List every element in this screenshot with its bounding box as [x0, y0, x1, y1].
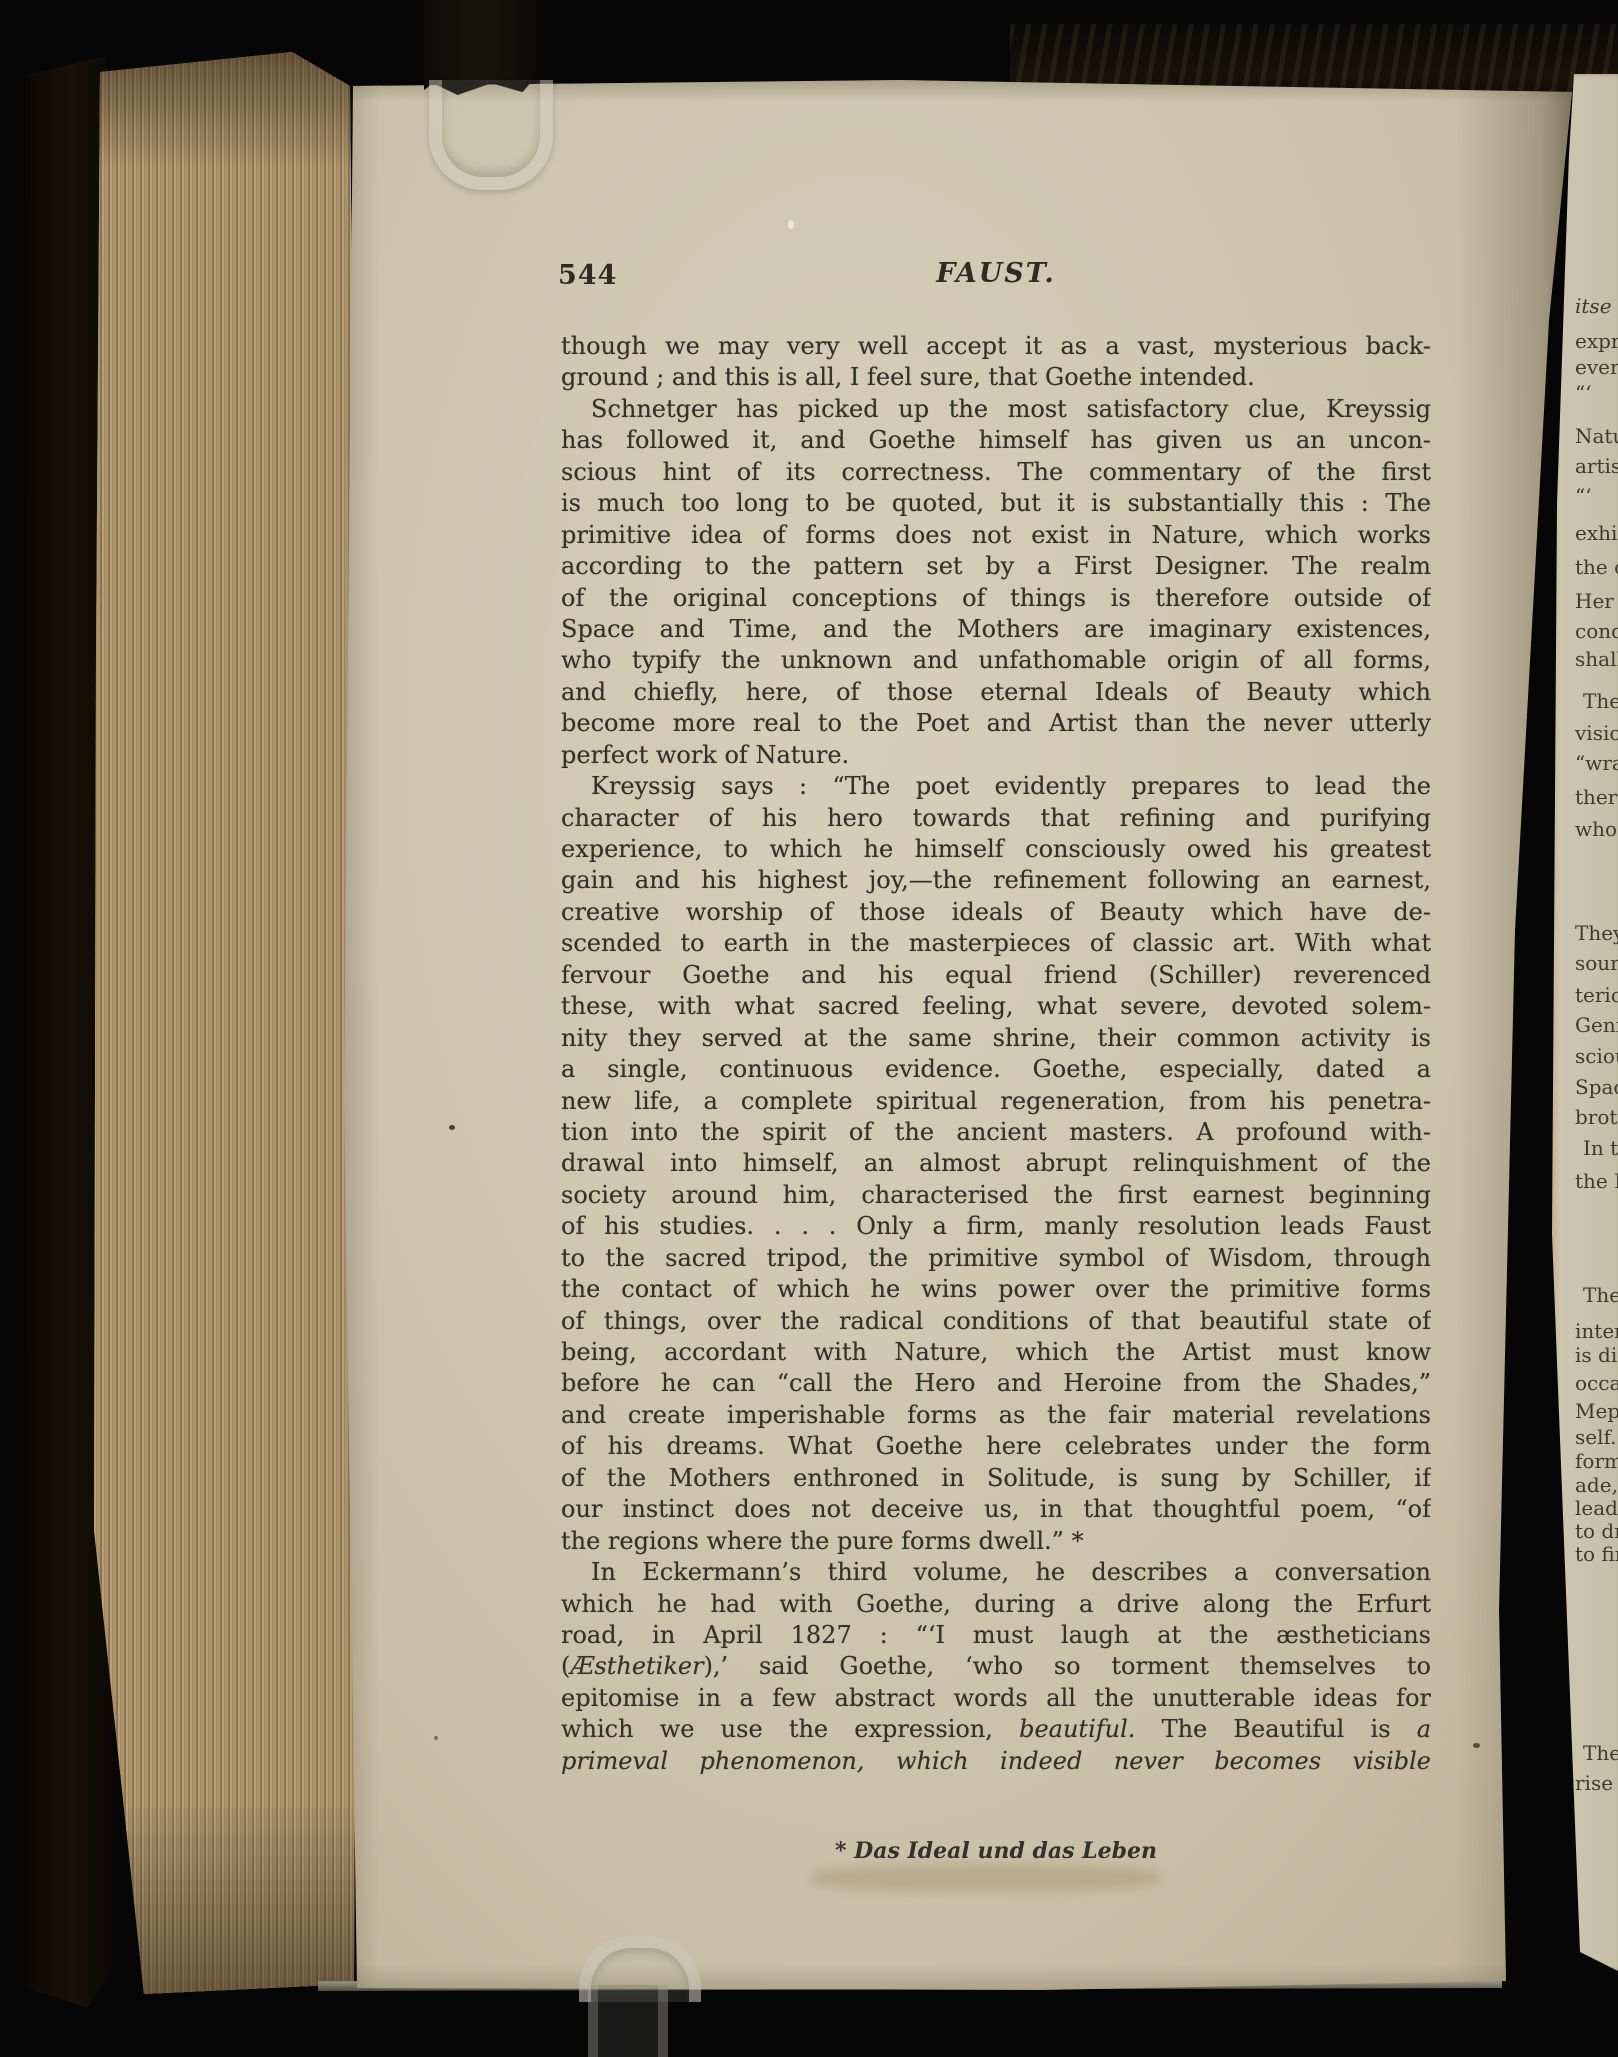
next-page-text-fragment: “‘	[1575, 485, 1592, 507]
text-line: according to the pattern set by a First …	[561, 551, 1431, 582]
next-page-text-fragment: vision	[1575, 722, 1618, 744]
text-line: to the sacred tripod, the primitive symb…	[561, 1243, 1431, 1274]
page-text-block: though we may very well accept it as a v…	[561, 331, 1431, 1777]
text-line: Schnetger has picked up the most satisfa…	[561, 394, 1431, 425]
text-line: experience, to which he himself consciou…	[561, 834, 1431, 865]
next-page-text-fragment: Space	[1575, 1076, 1618, 1098]
next-page-text-fragment: “wrait	[1575, 752, 1618, 774]
next-page-text-fragment: lead to	[1575, 1497, 1618, 1519]
text-line: and chiefly, here, of those eternal Idea…	[561, 677, 1431, 708]
next-page-text-fragment: Her d	[1575, 590, 1618, 612]
text-line: is much too long to be quoted, but it is…	[561, 488, 1431, 519]
next-page-text-fragment: terious,	[1575, 984, 1618, 1006]
text-line: before he can “call the Hero and Heroine…	[561, 1368, 1431, 1399]
text-line: which he had with Goethe, during a drive…	[561, 1589, 1431, 1620]
text-line: scended to earth in the masterpieces of …	[561, 928, 1431, 959]
footnote: * Das Ideal und das Leben	[561, 1838, 1431, 1864]
text-line: of the original conceptions of things is…	[561, 583, 1431, 614]
next-page-text-fragment: exhib	[1575, 522, 1618, 544]
paper-nick	[788, 220, 794, 229]
next-page-text-fragment: itse	[1575, 295, 1612, 317]
text-line: of his studies. . . . Only a firm, manly…	[561, 1211, 1431, 1242]
text-line: Kreyssig says : “The poet evidently prep…	[561, 771, 1431, 802]
text-line: a single, continuous evidence. Goethe, e…	[561, 1054, 1431, 1085]
text-line: fervour Goethe and his equal friend (Sch…	[561, 960, 1431, 991]
text-line: (Æsthetiker),’ said Goethe, ‘who so torm…	[561, 1651, 1431, 1682]
text-line: ground ; and this is all, I feel sure, t…	[561, 362, 1431, 393]
next-page-text-fragment: In th	[1583, 1137, 1618, 1159]
book-page: 544 FAUST. though we may very well accep…	[340, 80, 1578, 1992]
next-page-text-fragment: condi	[1575, 620, 1618, 642]
text-line: primitive idea of forms does not exist i…	[561, 520, 1431, 551]
next-page-text-fragment: the o	[1575, 556, 1618, 578]
text-line: and create imperishable forms as the fai…	[561, 1400, 1431, 1431]
next-page-text-fragment: artis	[1575, 455, 1618, 477]
text-line: creative worship of those ideals of Beau…	[561, 897, 1431, 928]
next-page-text-fragment: Ther	[1583, 1284, 1618, 1306]
text-line: new life, a complete spiritual regenerat…	[561, 1086, 1431, 1117]
text-line: scious hint of its correctness. The comm…	[561, 457, 1431, 488]
transparent-clip-top	[429, 80, 553, 190]
next-page-text-fragment: forms a	[1575, 1450, 1618, 1472]
page-stack-fore-edge	[92, 50, 364, 2000]
next-page-text-fragment: interpre	[1575, 1320, 1618, 1342]
text-line: of his dreams. What Goethe here celebrat…	[561, 1431, 1431, 1462]
text-line: become more real to the Poet and Artist …	[561, 708, 1431, 739]
text-line: road, in April 1827 : “‘I must laugh at …	[561, 1620, 1431, 1651]
text-line: our instinct does not deceive us, in tha…	[561, 1494, 1431, 1525]
text-line: society around him, characterised the fi…	[561, 1180, 1431, 1211]
ink-showthrough	[810, 1864, 1160, 1892]
text-line: In Eckermann’s third volume, he describe…	[561, 1557, 1431, 1588]
next-page-text-fragment: “‘	[1575, 382, 1592, 404]
text-line: epitomise in a few abstract words all th…	[561, 1683, 1431, 1714]
next-page-text-fragment: shall l	[1575, 648, 1618, 670]
paper-speck	[449, 1125, 455, 1130]
next-page-text-fragment: ade, th	[1575, 1474, 1618, 1496]
paper-speck	[434, 1736, 438, 1740]
next-page-text-fragment: They a	[1575, 922, 1618, 944]
next-page-text-fragment: sciousn	[1575, 1045, 1618, 1067]
next-page-text-fragment: to drar	[1575, 1520, 1618, 1542]
next-page-text-fragment: the Mus	[1575, 1170, 1618, 1192]
text-line: which we use the expression, beautiful. …	[561, 1714, 1431, 1745]
next-page-text-fragment: Genius	[1575, 1014, 1618, 1036]
text-line: tion into the spirit of the ancient mast…	[561, 1117, 1431, 1148]
paper-speck	[1473, 1743, 1480, 1748]
next-page-text-fragment: who ar	[1575, 818, 1618, 840]
text-line: Space and Time, and the Mothers are imag…	[561, 614, 1431, 645]
text-line: drawal into himself, an almost abrupt re…	[561, 1148, 1431, 1179]
next-page-text-fragment: brother	[1575, 1106, 1618, 1128]
text-line: nity they served at the same shrine, the…	[561, 1023, 1431, 1054]
text-line: gain and his highest joy,—the refinement…	[561, 865, 1431, 896]
next-page-text-fragment: there i	[1575, 786, 1618, 808]
book-photo: itseexprever“‘Natuartis“‘exhibthe oHer d…	[0, 0, 1618, 2057]
next-page-text-fragment: to find	[1575, 1543, 1618, 1565]
text-line: these, with what sacred feeling, what se…	[561, 991, 1431, 1022]
text-line: the contact of which he wins power over …	[561, 1274, 1431, 1305]
next-page-text-fragment: The	[1583, 1742, 1618, 1764]
running-title: FAUST.	[561, 258, 1431, 289]
next-page-text-fragment: expr	[1575, 330, 1618, 352]
text-line: the regions where the pure forms dwell.”…	[561, 1526, 1431, 1557]
text-line: character of his hero towards that refin…	[561, 803, 1431, 834]
text-line: perfect work of Nature.	[561, 740, 1431, 771]
text-line: being, accordant with Nature, which the …	[561, 1337, 1431, 1368]
next-page-text-fragment: self. T	[1575, 1426, 1618, 1448]
text-line: of the Mothers enthroned in Solitude, is…	[561, 1463, 1431, 1494]
next-page-text-fragment: occasio	[1575, 1372, 1618, 1394]
next-page-text-fragment: is direc	[1575, 1344, 1618, 1366]
next-page-text-fragment: rise to	[1575, 1772, 1618, 1794]
text-line: though we may very well accept it as a v…	[561, 331, 1431, 362]
next-page-sliver: itseexprever“‘Natuartis“‘exhibthe oHer d…	[1544, 74, 1618, 1971]
next-page-text-fragment: ever	[1575, 356, 1618, 378]
next-page-text-fragment: Mephis	[1575, 1400, 1618, 1422]
next-page-text-fragment: The	[1583, 690, 1618, 712]
text-line: of things, over the radical conditions o…	[561, 1306, 1431, 1337]
next-page-text-fragment: sources	[1575, 952, 1618, 974]
text-line: who typify the unknown and unfathomable …	[561, 645, 1431, 676]
text-line: primeval phenomenon, which indeed never …	[561, 1746, 1431, 1777]
next-page-text-fragment: Natu	[1575, 425, 1618, 447]
text-line: has followed it, and Goethe himself has …	[561, 425, 1431, 456]
